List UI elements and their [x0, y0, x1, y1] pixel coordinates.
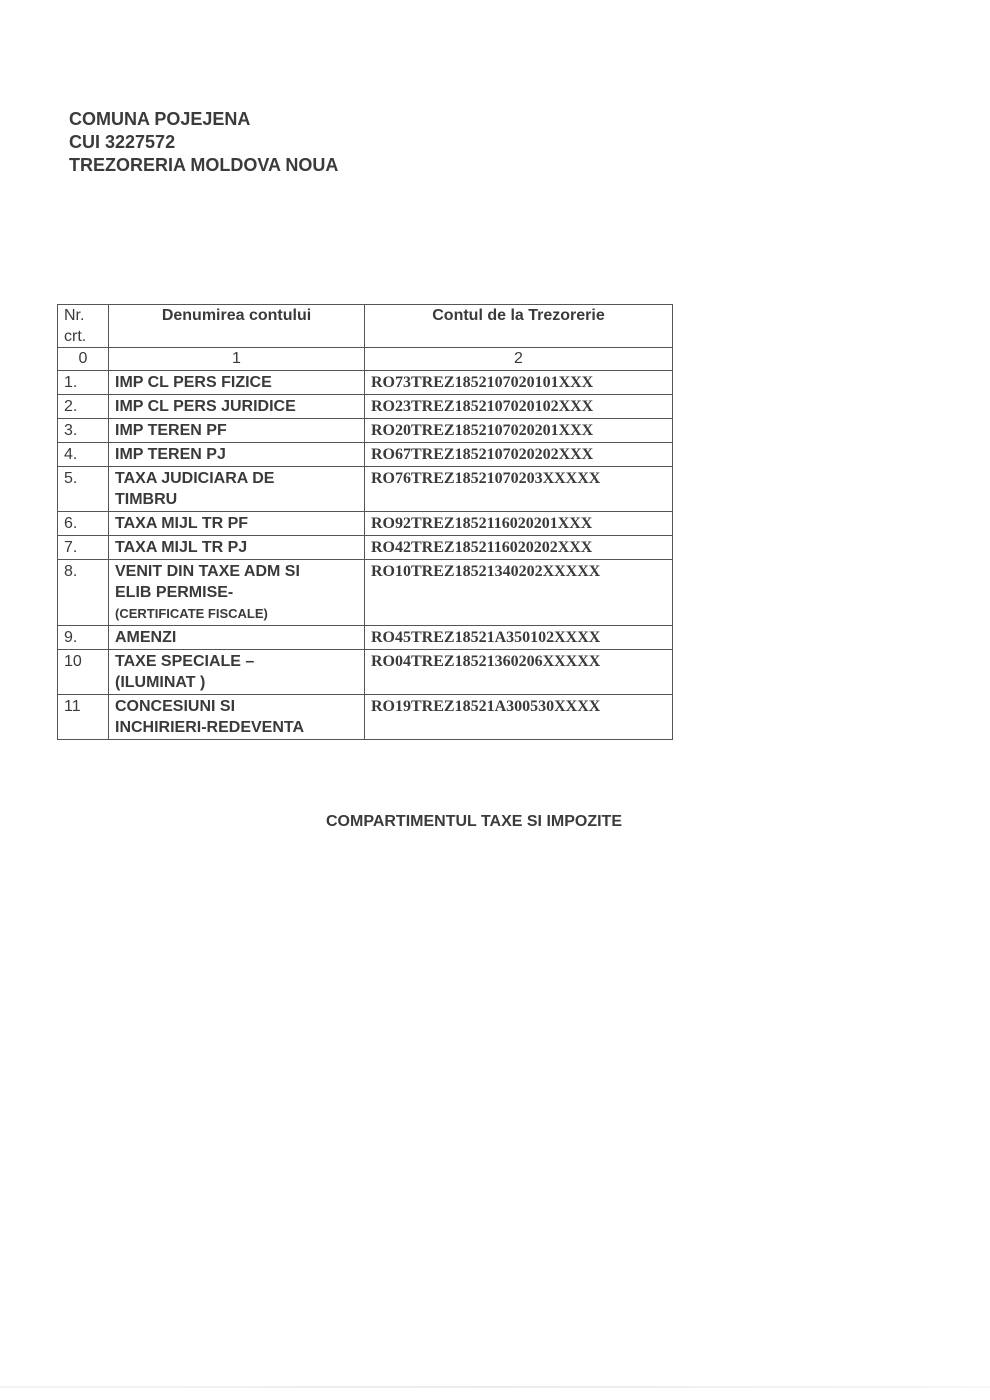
treasury-account-code: RO92TREZ1852116020201XXX — [365, 512, 673, 536]
account-name: IMP TEREN PF — [115, 422, 227, 439]
row-number: 8. — [58, 560, 109, 626]
account-name-cell: TAXA JUDICIARA DETIMBRU — [109, 467, 365, 512]
row-number: 4. — [58, 443, 109, 467]
row-number: 7. — [58, 536, 109, 560]
account-name-cell: TAXE SPECIALE –(ILUMINAT ) — [109, 650, 365, 695]
account-name: TAXA MIJL TR PF — [115, 515, 248, 532]
account-name-cell: TAXA MIJL TR PJ — [109, 536, 365, 560]
account-name: TAXA JUDICIARA DETIMBRU — [115, 470, 274, 508]
table-row: 9.AMENZIRO45TREZ18521A350102XXXX — [58, 626, 673, 650]
table-row: 7.TAXA MIJL TR PJRO42TREZ1852116020202XX… — [58, 536, 673, 560]
account-name-cell: CONCESIUNI SIINCHIRIERI-REDEVENTA — [109, 695, 365, 740]
column-header-nr: Nr. crt. — [58, 305, 109, 348]
row-number: 1. — [58, 371, 109, 395]
municipality-name: COMUNA POJEJENA — [69, 108, 338, 131]
column-index: 2 — [365, 348, 673, 371]
treasury-account-code: RO20TREZ1852107020201XXX — [365, 419, 673, 443]
account-name-cell: VENIT DIN TAXE ADM SIELIB PERMISE-(CERTI… — [109, 560, 365, 626]
treasury-account-code: RO45TREZ18521A350102XXXX — [365, 626, 673, 650]
row-number: 3. — [58, 419, 109, 443]
treasury-accounts-table: Nr. crt. Denumirea contului Contul de la… — [57, 304, 673, 740]
row-number: 6. — [58, 512, 109, 536]
department-signature: COMPARTIMENTUL TAXE SI IMPOZITE — [326, 813, 622, 831]
column-index: 1 — [109, 348, 365, 371]
account-name: CONCESIUNI SIINCHIRIERI-REDEVENTA — [115, 698, 304, 736]
account-name-cell: IMP TEREN PF — [109, 419, 365, 443]
account-name: TAXE SPECIALE –(ILUMINAT ) — [115, 653, 254, 691]
column-header-account: Contul de la Trezorerie — [365, 305, 673, 348]
account-name: VENIT DIN TAXE ADM SIELIB PERMISE- — [115, 563, 300, 601]
account-name: TAXA MIJL TR PJ — [115, 539, 247, 556]
row-number: 5. — [58, 467, 109, 512]
treasury-account-code: RO04TREZ18521360206XXXXX — [365, 650, 673, 695]
treasury-account-code: RO42TREZ1852116020202XXX — [365, 536, 673, 560]
table-row: 1.IMP CL PERS FIZICERO73TREZ185210702010… — [58, 371, 673, 395]
account-name-cell: TAXA MIJL TR PF — [109, 512, 365, 536]
table-row: 4.IMP TEREN PJRO67TREZ1852107020202XXX — [58, 443, 673, 467]
document-header: COMUNA POJEJENA CUI 3227572 TREZORERIA M… — [69, 108, 338, 177]
row-number: 9. — [58, 626, 109, 650]
account-name: IMP TEREN PJ — [115, 446, 226, 463]
column-header-name: Denumirea contului — [109, 305, 365, 348]
treasury-account-code: RO73TREZ1852107020101XXX — [365, 371, 673, 395]
row-number: 11 — [58, 695, 109, 740]
account-name: IMP CL PERS JURIDICE — [115, 398, 296, 415]
row-number: 2. — [58, 395, 109, 419]
account-name: IMP CL PERS FIZICE — [115, 374, 272, 391]
treasury-name: TREZORERIA MOLDOVA NOUA — [69, 154, 338, 177]
treasury-account-code: RO19TREZ18521A300530XXXX — [365, 695, 673, 740]
treasury-account-code: RO23TREZ1852107020102XXX — [365, 395, 673, 419]
table-row: 2.IMP CL PERS JURIDICERO23TREZ1852107020… — [58, 395, 673, 419]
account-name: AMENZI — [115, 629, 176, 646]
fiscal-code: CUI 3227572 — [69, 131, 338, 154]
table-header-row: Nr. crt. Denumirea contului Contul de la… — [58, 305, 673, 348]
account-name-note: (CERTIFICATE FISCALE) — [115, 606, 268, 621]
table-row: 6.TAXA MIJL TR PFRO92TREZ1852116020201XX… — [58, 512, 673, 536]
account-name-cell: IMP CL PERS FIZICE — [109, 371, 365, 395]
column-index: 0 — [58, 348, 109, 371]
table-row: 11CONCESIUNI SIINCHIRIERI-REDEVENTARO19T… — [58, 695, 673, 740]
table-row: 10TAXE SPECIALE –(ILUMINAT )RO04TREZ1852… — [58, 650, 673, 695]
scan-edge-line — [0, 1386, 990, 1388]
account-name-cell: AMENZI — [109, 626, 365, 650]
account-name-cell: IMP CL PERS JURIDICE — [109, 395, 365, 419]
column-index-row: 0 1 2 — [58, 348, 673, 371]
table-row: 8.VENIT DIN TAXE ADM SIELIB PERMISE-(CER… — [58, 560, 673, 626]
treasury-account-code: RO10TREZ18521340202XXXXX — [365, 560, 673, 626]
treasury-account-code: RO67TREZ1852107020202XXX — [365, 443, 673, 467]
account-name-cell: IMP TEREN PJ — [109, 443, 365, 467]
treasury-account-code: RO76TREZ18521070203XXXXX — [365, 467, 673, 512]
row-number: 10 — [58, 650, 109, 695]
table-row: 3.IMP TEREN PFRO20TREZ1852107020201XXX — [58, 419, 673, 443]
table-row: 5.TAXA JUDICIARA DETIMBRURO76TREZ1852107… — [58, 467, 673, 512]
